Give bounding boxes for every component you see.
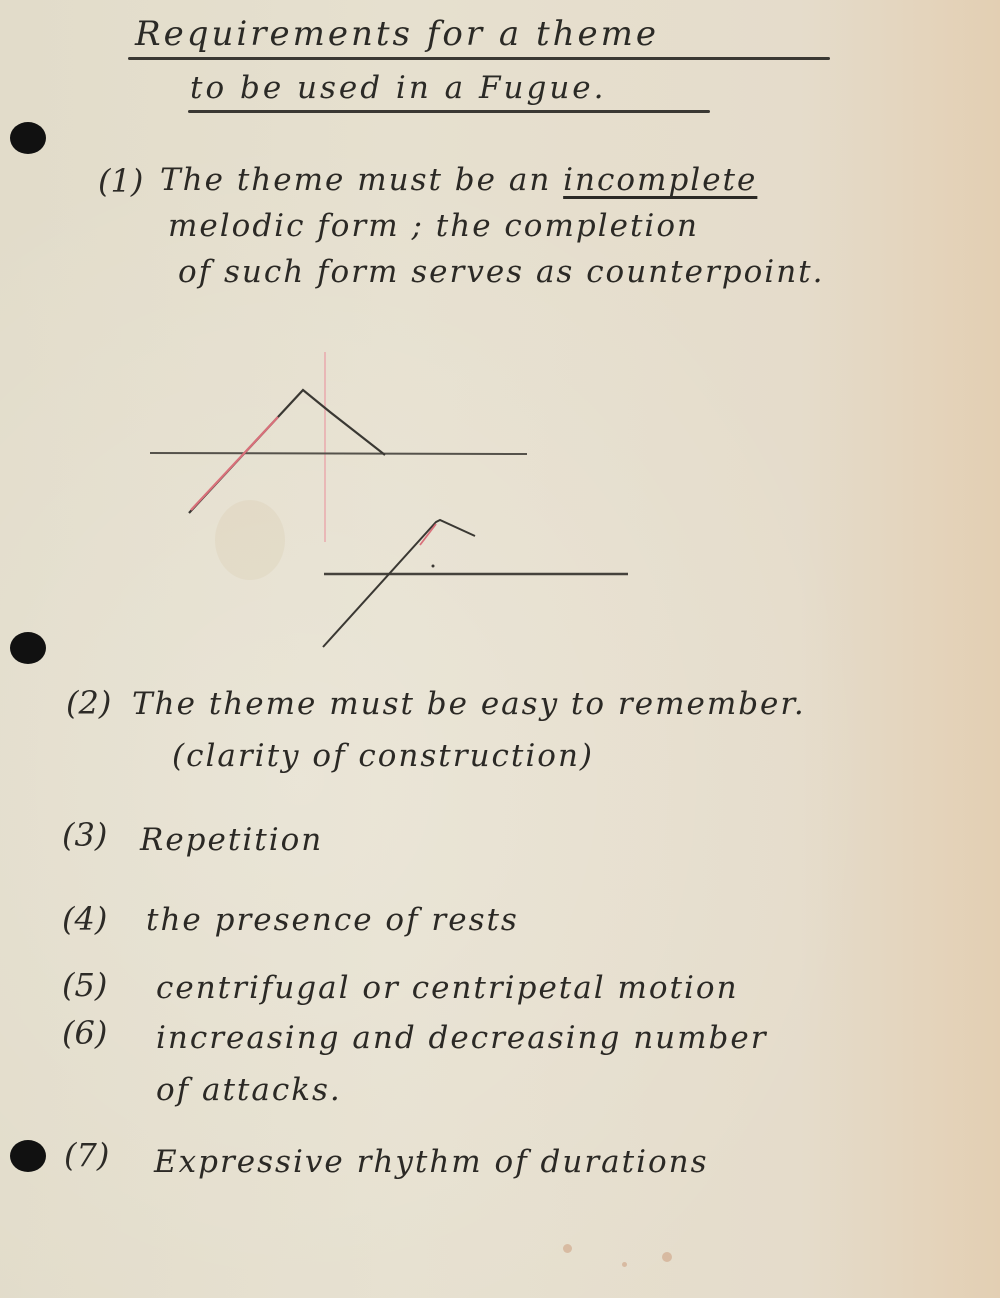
item-5-line-1: centrifugal or centripetal motion xyxy=(156,970,739,1006)
item-7-line-1: Expressive rhythm of durations xyxy=(154,1144,709,1180)
item-number-4: (4) xyxy=(62,900,107,938)
item-3-line-1: Repetition xyxy=(140,822,323,858)
lower-contour-red-tip xyxy=(420,524,436,545)
paper-stain xyxy=(215,500,285,580)
item-6-line-2: of attacks. xyxy=(156,1072,342,1108)
notebook-page: Requirements for a theme to be used in a… xyxy=(0,0,1000,1298)
item-2-line-1: The theme must be easy to remember. xyxy=(132,686,806,722)
upper-contour-red-overlay xyxy=(191,417,278,510)
item-4-line-1: the presence of rests xyxy=(146,902,519,938)
pencil-dot xyxy=(432,565,435,568)
item-number-2: (2) xyxy=(66,684,111,722)
item-number-6: (6) xyxy=(62,1014,107,1052)
item-number-3: (3) xyxy=(62,816,107,854)
paper-stain xyxy=(563,1244,572,1253)
item-2-line-2: (clarity of construction) xyxy=(172,738,594,774)
paper-stain xyxy=(622,1262,627,1267)
item-6-line-1: increasing and decreasing number xyxy=(156,1020,768,1056)
upper-staff-line xyxy=(150,453,527,454)
upper-contour xyxy=(189,390,385,513)
item-number-5: (5) xyxy=(62,966,107,1004)
paper-stain xyxy=(662,1252,672,1262)
melodic-contour-diagram xyxy=(0,0,1000,1298)
item-number-7: (7) xyxy=(64,1136,109,1174)
lower-contour xyxy=(323,520,475,647)
